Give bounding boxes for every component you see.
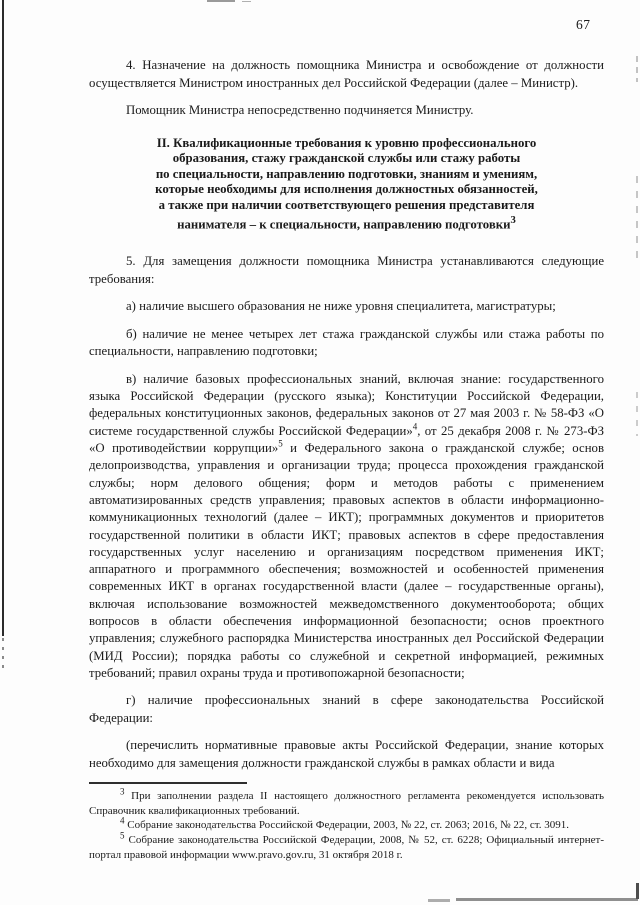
item-b-experience: б) наличие не менее четырех лет стажа гр… [89, 326, 604, 361]
paragraph-subordination: Помощник Министра непосредственно подчин… [89, 102, 604, 120]
scan-artifact-bottom-line [456, 898, 638, 901]
heading-line-4: которые необходимы для исполнения должно… [89, 182, 604, 198]
paragraph-5-requirements: 5. Для замещения должности помощника Мин… [89, 253, 604, 288]
scan-artifact-left-dashes [2, 638, 4, 668]
footnote-ref-3: 3 [511, 215, 516, 226]
document-body: 4. Назначение на должность помощника Мин… [89, 0, 604, 862]
footnote-section: 3 При заполнении раздела II настоящего д… [89, 782, 604, 862]
item-v-basic-knowledge: в) наличие базовых профессиональных знан… [89, 371, 604, 682]
footnote-3-text: При заполнении раздела II настоящего дол… [89, 790, 604, 817]
footnote-4: 4 Собрание законодательства Российской Ф… [89, 818, 604, 833]
scan-artifact-corner-tick [636, 883, 639, 899]
scan-artifact-right-dashes-2 [636, 176, 638, 262]
footnote-4-text: Собрание законодательства Российской Фед… [125, 819, 570, 831]
paragraph-parenthetical-note: (перечислить нормативные правовые акты Р… [89, 737, 604, 772]
heading-line-5: а также при наличии соответствующего реш… [89, 198, 604, 214]
heading-line-6: нанимателя – к специальности, направлени… [89, 213, 604, 233]
item-v-text-3: и Федерального закона о гражданской служ… [89, 441, 604, 680]
scan-artifact-right-dashes-1 [636, 56, 638, 82]
paragraph-4-appointment: 4. Назначение на должность помощника Мин… [89, 57, 604, 92]
heading-line-6-text: нанимателя – к специальности, направлени… [177, 218, 510, 232]
scan-artifact-left-line [2, 0, 4, 636]
heading-line-2: образования, стажу гражданской службы ил… [89, 151, 604, 167]
section-ii-heading: II. Квалификационные требования к уровню… [89, 136, 604, 234]
footnote-5-text: Собрание законодательства Российской Фед… [89, 834, 604, 861]
scan-artifact-bottom-segment [428, 899, 450, 902]
scanned-document-page: 67 4. Назначение на должность помощника … [0, 0, 640, 905]
footnote-5: 5 Собрание законодательства Российской Ф… [89, 833, 604, 862]
footnote-3: 3 При заполнении раздела II настоящего д… [89, 789, 604, 818]
heading-line-1: II. Квалификационные требования к уровню… [89, 136, 604, 152]
item-a-education: а) наличие высшего образования не ниже у… [89, 298, 604, 316]
item-g-professional-knowledge: г) наличие профессиональных знаний в сфе… [89, 692, 604, 727]
footnote-separator [89, 782, 247, 784]
scan-artifact-right-dashes-3 [636, 392, 638, 436]
heading-line-3: по специальности, направлению подготовки… [89, 167, 604, 183]
